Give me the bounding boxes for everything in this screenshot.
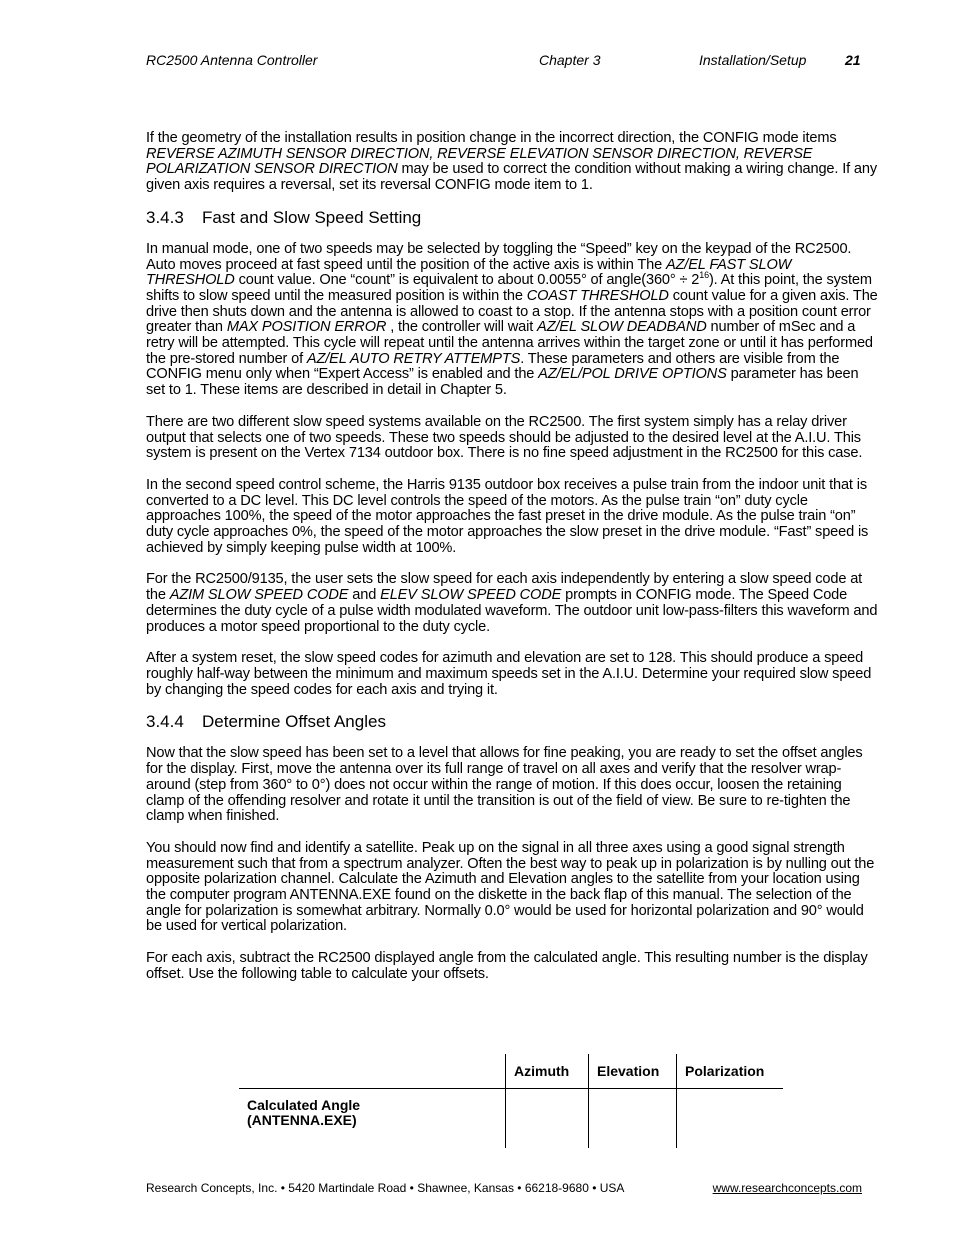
paragraph-identify-satellite: You should now find and identify a satel… [146,841,878,935]
company-address: Research Concepts, Inc. • 5420 Martindal… [146,1181,624,1195]
column-header-azimuth: Azimuth [506,1054,589,1089]
table-header-row: Azimuth Elevation Polarization [239,1054,783,1089]
paragraph-second-speed-scheme: In the second speed control scheme, the … [146,478,878,557]
document-title: RC2500 Antenna Controller [146,52,317,68]
page-header: RC2500 Antenna Controller Chapter 3 Inst… [146,52,862,70]
paragraph-offset-angles: Now that the slow speed has been set to … [146,746,878,825]
section-label: Installation/Setup [699,52,806,68]
paragraph-slow-speed-code: For the RC2500/9135, the user sets the s… [146,572,878,635]
row-label-calculated-angle: Calculated Angle(ANTENNA.EXE) [239,1089,506,1149]
paragraph-slow-speed-systems: There are two different slow speed syste… [146,415,878,462]
paragraph-subtract-angle: For each axis, subtract the RC2500 displ… [146,951,878,982]
column-header-elevation: Elevation [589,1054,677,1089]
table-row: Calculated Angle(ANTENNA.EXE) [239,1089,783,1149]
section-heading-3-4-4: 3.4.4Determine Offset Angles [146,712,878,732]
offset-table: Azimuth Elevation Polarization Calculate… [239,1054,783,1148]
chapter-label: Chapter 3 [539,52,600,68]
section-heading-3-4-3: 3.4.3Fast and Slow Speed Setting [146,208,878,228]
cell-azimuth [506,1089,589,1149]
paragraph-speed-manual: In manual mode, one of two speeds may be… [146,242,878,399]
cell-polarization [677,1089,784,1149]
column-header-polarization: Polarization [677,1054,784,1089]
table-header-blank [239,1054,506,1089]
website-link[interactable]: www.researchconcepts.com [713,1181,862,1195]
intro-paragraph: If the geometry of the installation resu… [146,131,878,194]
page-number: 21 [845,52,861,68]
cell-elevation [589,1089,677,1149]
page-body: If the geometry of the installation resu… [146,131,878,999]
paragraph-system-reset: After a system reset, the slow speed cod… [146,651,878,698]
